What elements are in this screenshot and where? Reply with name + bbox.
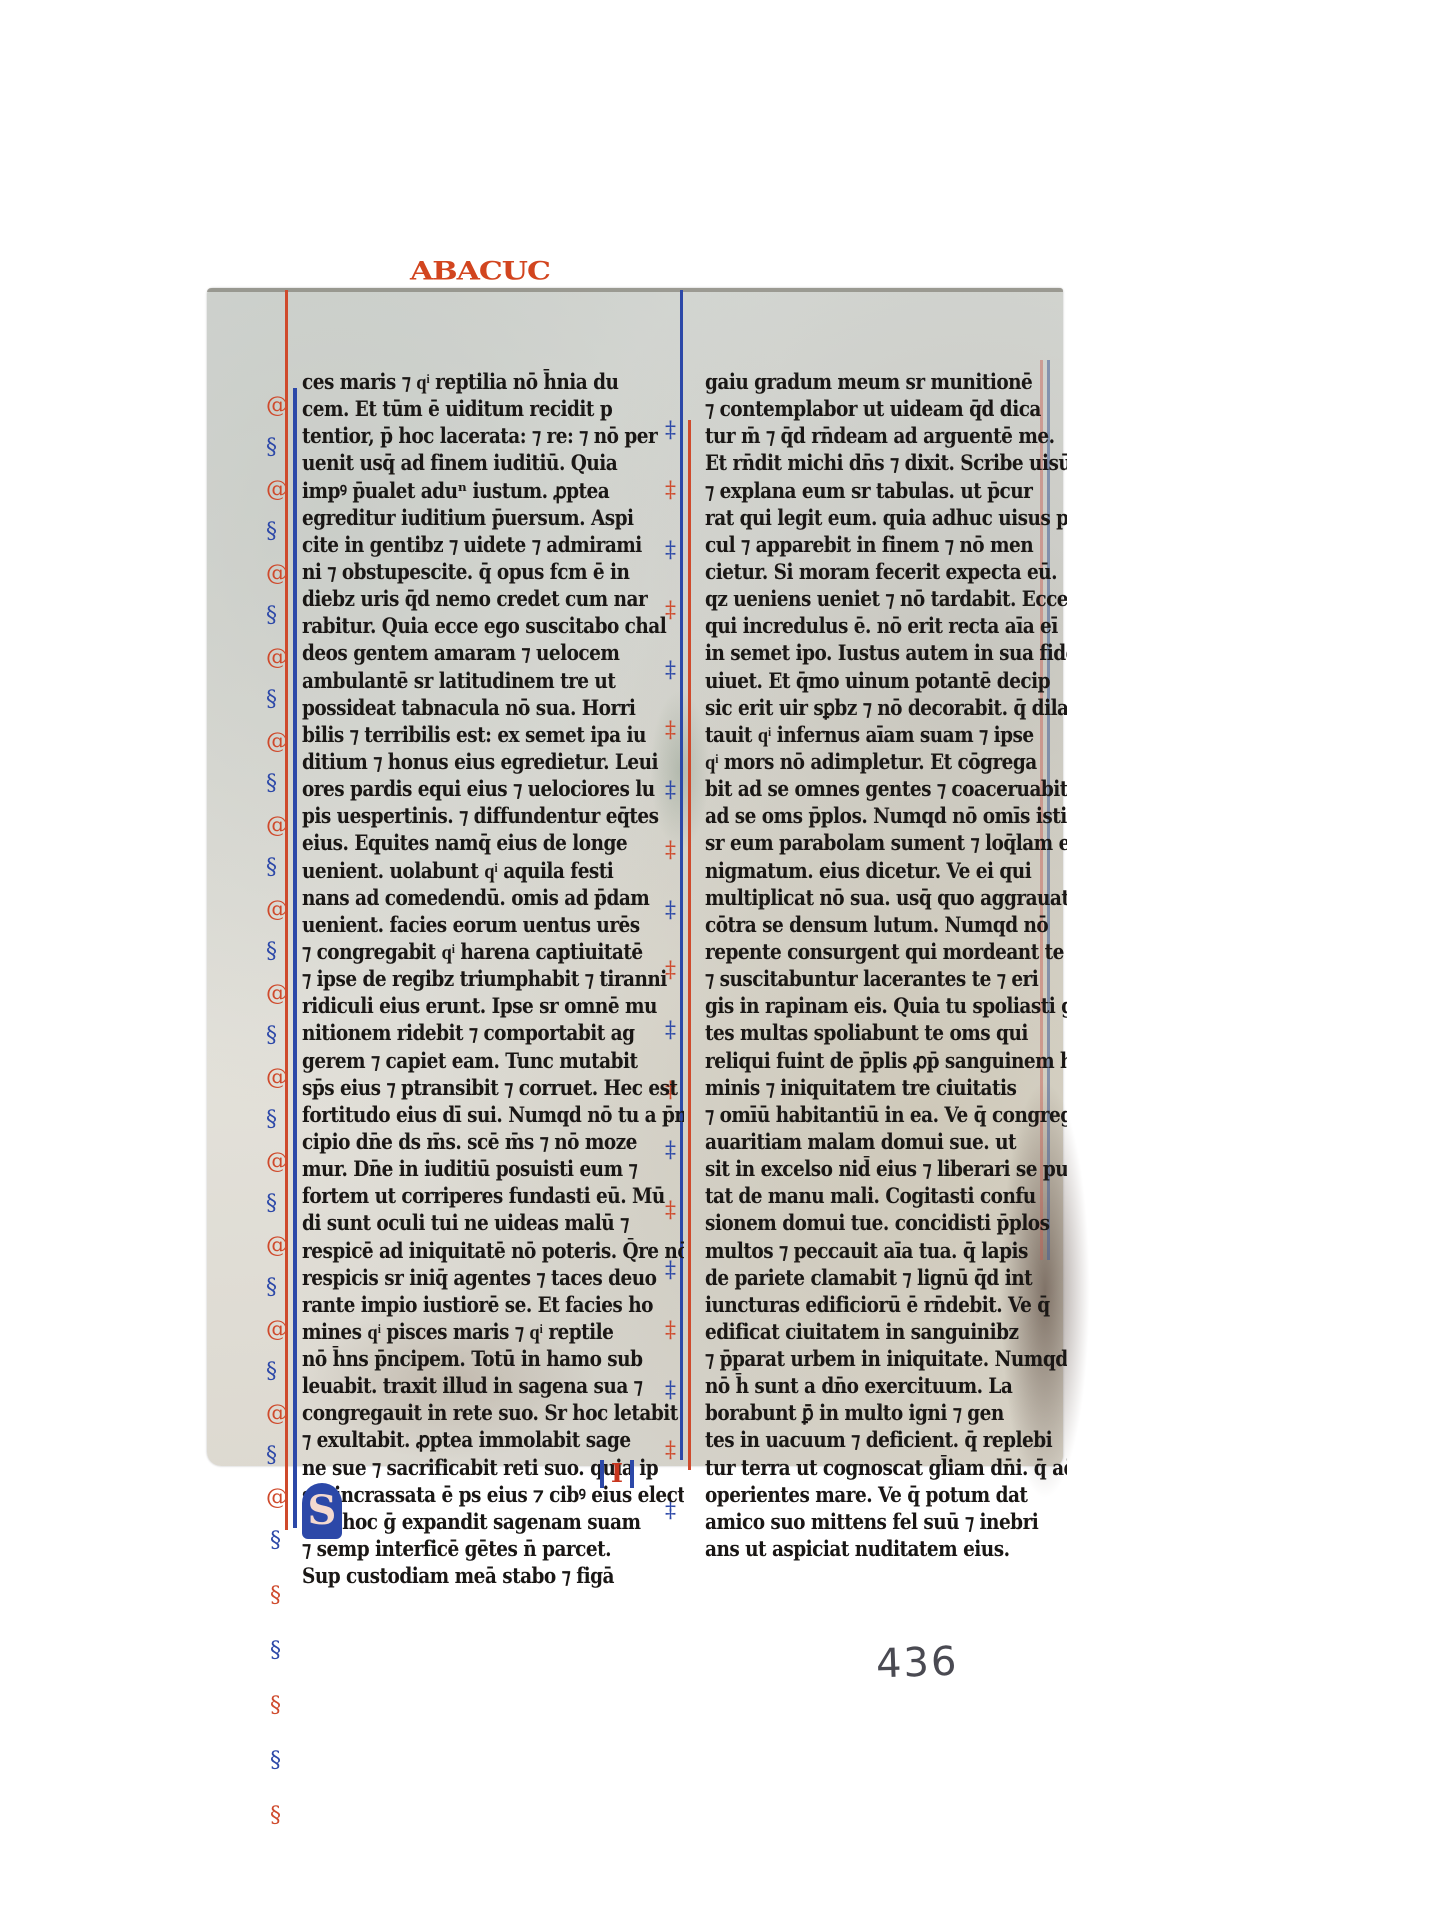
text-line: cietur. Si moram fecerit expecta eū. <box>705 558 1024 585</box>
text-line: fortem ut corriperes fundasti eū. Mū <box>302 1182 638 1209</box>
text-line: congregauit in rete suo. Sr hoc letabit <box>302 1399 638 1426</box>
text-line: egreditur iuditium p̄uersum. Aspi <box>302 504 638 531</box>
text-line: ⁊ omīū habitantiū in ea. Ve q̄ congregat <box>705 1101 1024 1128</box>
text-line: di sunt oculi tui ne uideas malū ⁊ <box>302 1209 638 1236</box>
text-line: qͥ mors nō adimpletur. Et cōgrega <box>705 748 1024 775</box>
text-line: ans ut aspiciat nuditatem eius. <box>705 1535 1024 1562</box>
text-line: tes multas spoliabunt te oms qui <box>705 1019 1024 1046</box>
flourish-icon: @ <box>266 395 288 417</box>
text-line: iuncturas edificiorū ē rn̄debit. Ve q̄ <box>705 1291 1024 1318</box>
text-line: ditium ⁊ honus eius egredietur. Leui <box>302 748 638 775</box>
text-line: ⁊ congregabit qͥ harena captiuitatē <box>302 938 638 965</box>
text-line: sp̄s eius ⁊ ptransibit ⁊ corruet. Hec es… <box>302 1074 638 1101</box>
text-line: respicē ad iniquitatē nō poteris. Q̄re n… <box>302 1237 638 1264</box>
text-line: nans ad comedendū. omis ad p̄dam <box>302 884 638 911</box>
text-line: operientes mare. Ve q̄ potum dat <box>705 1481 1024 1508</box>
text-line: ambulantē sr latitudinem tre ut <box>302 667 638 694</box>
text-line: multos ⁊ peccauit aīa tua. q̄ lapis <box>705 1237 1024 1264</box>
text-line: sit in excelso nid̄ eius ⁊ liberari se p… <box>705 1155 1024 1182</box>
flourish-icon: @ <box>266 1151 288 1173</box>
text-line: uenient. uolabunt qͥ aquila festi <box>302 857 638 884</box>
text-line: bit ad se omnes gentes ⁊ coaceruabit <box>705 775 1024 802</box>
text-line: cōtra se densum lutum. Numqd nō <box>705 911 1024 938</box>
flourish-icon: § <box>266 857 277 879</box>
text-line: sr eum parabolam sument ⁊ loq̄lam e <box>705 829 1024 856</box>
text-line: nō h̄ sunt a dn̄o exercituum. La <box>705 1372 1024 1399</box>
text-line: tauit qͥ infernus aīam suam ⁊ ipse <box>705 721 1024 748</box>
flourish-icon: @ <box>266 1235 288 1257</box>
flourish-icon: @ <box>266 1403 288 1425</box>
text-line: amico suo mittens fel suū ⁊ inebri <box>705 1508 1024 1535</box>
text-line: ⁊ semp interficē gētes n̄ parcet. <box>302 1535 638 1562</box>
middle-red-border <box>688 420 691 1470</box>
flourish-icon: § <box>270 1750 281 1772</box>
folio-number: 436 <box>875 1639 959 1688</box>
text-line: tentior, p̄ hoc lacerata: ⁊ re: ⁊ nō per <box>302 422 638 449</box>
text-line: borabunt ꝑ̄ in multo igni ⁊ gen <box>705 1399 1024 1426</box>
flourish-icon: § <box>266 1025 277 1047</box>
text-line: ⁊ ipse de regibz triumphabit ⁊ tiranni <box>302 965 638 992</box>
flourish-icon: @ <box>266 731 288 753</box>
text-line: nigmatum. eius dicetur. Ve ei qui <box>705 857 1024 884</box>
text-line: qz ueniens ueniet ⁊ nō tardabit. Ecce <box>705 585 1024 612</box>
leaf-top-edge <box>207 288 1063 292</box>
text-line: ridiculi eius erunt. Ipse sr omnē mu <box>302 992 638 1019</box>
left-blue-border <box>293 388 297 1528</box>
flourish-icon: @ <box>266 647 288 669</box>
text-line: fortitudo eius dī sui. Numqd nō tu a p̄n <box>302 1101 638 1128</box>
flourish-icon: § <box>266 941 277 963</box>
flourish-icon: § <box>270 1530 281 1552</box>
text-line: sionem domui tue. concidisti p̄plos <box>705 1209 1024 1236</box>
decorated-initial-i: I <box>600 1460 634 1488</box>
text-line: reliqui fuint de p̄plis ꝓp̄ sanguinem ho <box>705 1047 1024 1074</box>
text-line: ⁊ exultabit. ꝓptea immolabit sage <box>302 1426 638 1453</box>
flourish-icon: § <box>270 1640 281 1662</box>
running-head: ABACUC <box>410 257 550 287</box>
flourish-icon: § <box>270 1585 281 1607</box>
text-line: deos gentem amaram ⁊ uelocem <box>302 639 638 666</box>
flourish-icon: @ <box>266 815 288 837</box>
text-line: ces maris ⁊ qͥ reptilia nō h̄nia du <box>302 368 638 395</box>
text-line: gaiu gradum meum sr munitionē <box>705 368 1024 395</box>
flourish-icon: § <box>266 1361 277 1383</box>
text-line: sis incrassata ē ps eius ⁊ cibꝰ eius ele… <box>302 1481 638 1508</box>
text-line: in semet ipo. Iustus autem in sua fide <box>705 639 1024 666</box>
flourish-icon: @ <box>266 1067 288 1089</box>
text-line: ꝓpt hoc ḡ expandit sagenam suam <box>302 1508 638 1535</box>
text-line: ne sue ⁊ sacrificabit reti suo. quia ip <box>302 1454 638 1481</box>
text-line: impꝰ p̄ualet aduⁿ iustum. ꝓptea <box>302 477 638 504</box>
flourish-icon: § <box>266 1193 277 1215</box>
text-line: tat de manu mali. Cogitasti confu <box>705 1182 1024 1209</box>
text-line: mines qͥ pisces maris ⁊ qͥ reptile <box>302 1318 638 1345</box>
flourish-icon: § <box>270 1695 281 1717</box>
text-line: multiplicat nō sua. usq̄ quo aggrauat <box>705 884 1024 911</box>
text-line: sic erit uir sꝑbz ⁊ nō decorabit. q̄ dil… <box>705 694 1024 721</box>
text-line: ⁊ contemplabor ut uideam q̄d dica <box>705 395 1024 422</box>
flourish-icon: § <box>266 689 277 711</box>
flourish-icon: § <box>266 437 277 459</box>
text-line: edificat ciuitatem in sanguinibz <box>705 1318 1024 1345</box>
flourish-icon: @ <box>266 899 288 921</box>
text-line: cem. Et tūm ē uiditum recidit p <box>302 395 638 422</box>
text-line: cite in gentibz ⁊ uidete ⁊ admirami <box>302 531 638 558</box>
text-line: cul ⁊ apparebit in finem ⁊ nō men <box>705 531 1024 558</box>
text-line: rat qui legit eum. quia adhuc uisus p <box>705 504 1024 531</box>
text-line: tur m̄ ⁊ q̄d rn̄deam ad arguentē me. <box>705 422 1024 449</box>
right-text-column: gaiu gradum meum sr munitionē⁊ contempla… <box>705 368 1067 1562</box>
flourish-icon: § <box>266 773 277 795</box>
text-line: bilis ⁊ terribilis est: ex semet ipa iu <box>302 721 638 748</box>
text-line: leuabit. traxit illud in sagena sua ⁊ <box>302 1372 638 1399</box>
text-line: cipio dn̄e ds m̄s. scē m̄s ⁊ nō moze <box>302 1128 638 1155</box>
text-line: Et rn̄dit michi dn̄s ⁊ dixit. Scribe uis… <box>705 449 1024 476</box>
text-line: uenit usq̄ ad finem iuditiū. Quia <box>302 449 638 476</box>
text-line: uiuet. Et q̄mo uinum potantē decip <box>705 667 1024 694</box>
text-line: ⁊ explana eum sr tabulas. ut p̄cur <box>705 477 1024 504</box>
flourish-icon: § <box>266 1277 277 1299</box>
text-line: repente consurgent qui mordeant te <box>705 938 1024 965</box>
text-line: uenient. facies eorum uentus urēs <box>302 911 638 938</box>
flourish-icon: @ <box>266 1487 288 1509</box>
text-line: rabitur. Quia ecce ego suscitabo chal <box>302 612 638 639</box>
text-line: pis uespertinis. ⁊ diffundentur eq̄tes <box>302 802 638 829</box>
left-text-column: ces maris ⁊ qͥ reptilia nō h̄nia ducem. … <box>302 368 684 1589</box>
text-line: gis in rapinam eis. Quia tu spoliasti ge… <box>705 992 1024 1019</box>
flourish-icon: @ <box>266 479 288 501</box>
text-line: eius. Equites namq̄ eius de longe <box>302 829 638 856</box>
text-line: qui incredulus ē. nō erit recta aīa eī <box>705 612 1024 639</box>
text-line: rante impio iustiorē se. Et facies ho <box>302 1291 638 1318</box>
flourish-icon: § <box>270 1805 281 1827</box>
flourish-icon: § <box>266 1445 277 1467</box>
text-line: ⁊ suscitabuntur lacerantes te ⁊ eri <box>705 965 1024 992</box>
text-line: tes in uacuum ⁊ deficient. q̄ replebi <box>705 1426 1024 1453</box>
text-line: ⁊ p̄parat urbem in iniquitate. Numqd <box>705 1345 1024 1372</box>
decorated-initial-s: S <box>302 1483 342 1539</box>
text-line: nitionem ridebit ⁊ comportabit ag <box>302 1019 638 1046</box>
text-line: gerem ⁊ capiet eam. Tunc mutabit <box>302 1047 638 1074</box>
flourish-icon: § <box>266 521 277 543</box>
text-line: tur terra ut cognoscat gl̄iam dn̄i. q̄ a… <box>705 1454 1024 1481</box>
flourish-icon: § <box>266 605 277 627</box>
text-line: ad se oms p̄plos. Numqd nō omīs isti <box>705 802 1024 829</box>
flourish-icon: @ <box>266 1319 288 1341</box>
text-line: ores pardis equi eius ⁊ uelociores lu <box>302 775 638 802</box>
text-line: possideat tabnacula nō sua. Horri <box>302 694 638 721</box>
flourish-icon: @ <box>266 563 288 585</box>
text-line: ni ⁊ obstupescite. q̄ opus fcm ē in <box>302 558 638 585</box>
flourish-icon: § <box>266 1109 277 1131</box>
text-line: diebz uris q̄d nemo credet cum nar <box>302 585 638 612</box>
text-line: de pariete clamabit ⁊ lignū q̄d int <box>705 1264 1024 1291</box>
text-line: respicis sr iniq̄ agentes ⁊ taces deuo <box>302 1264 638 1291</box>
text-line: minis ⁊ iniquitatem tre ciuitatis <box>705 1074 1024 1101</box>
text-line: Sup custodiam meā stabo ⁊ figā <box>302 1562 638 1589</box>
text-line: mur. Dn̄e in iuditiū posuisti eum ⁊ <box>302 1155 638 1182</box>
text-line: nō h̄ns p̄ncipem. Totū in hamo sub <box>302 1345 638 1372</box>
flourish-icon: @ <box>266 983 288 1005</box>
text-line: auaritiam malam domui sue. ut <box>705 1128 1024 1155</box>
